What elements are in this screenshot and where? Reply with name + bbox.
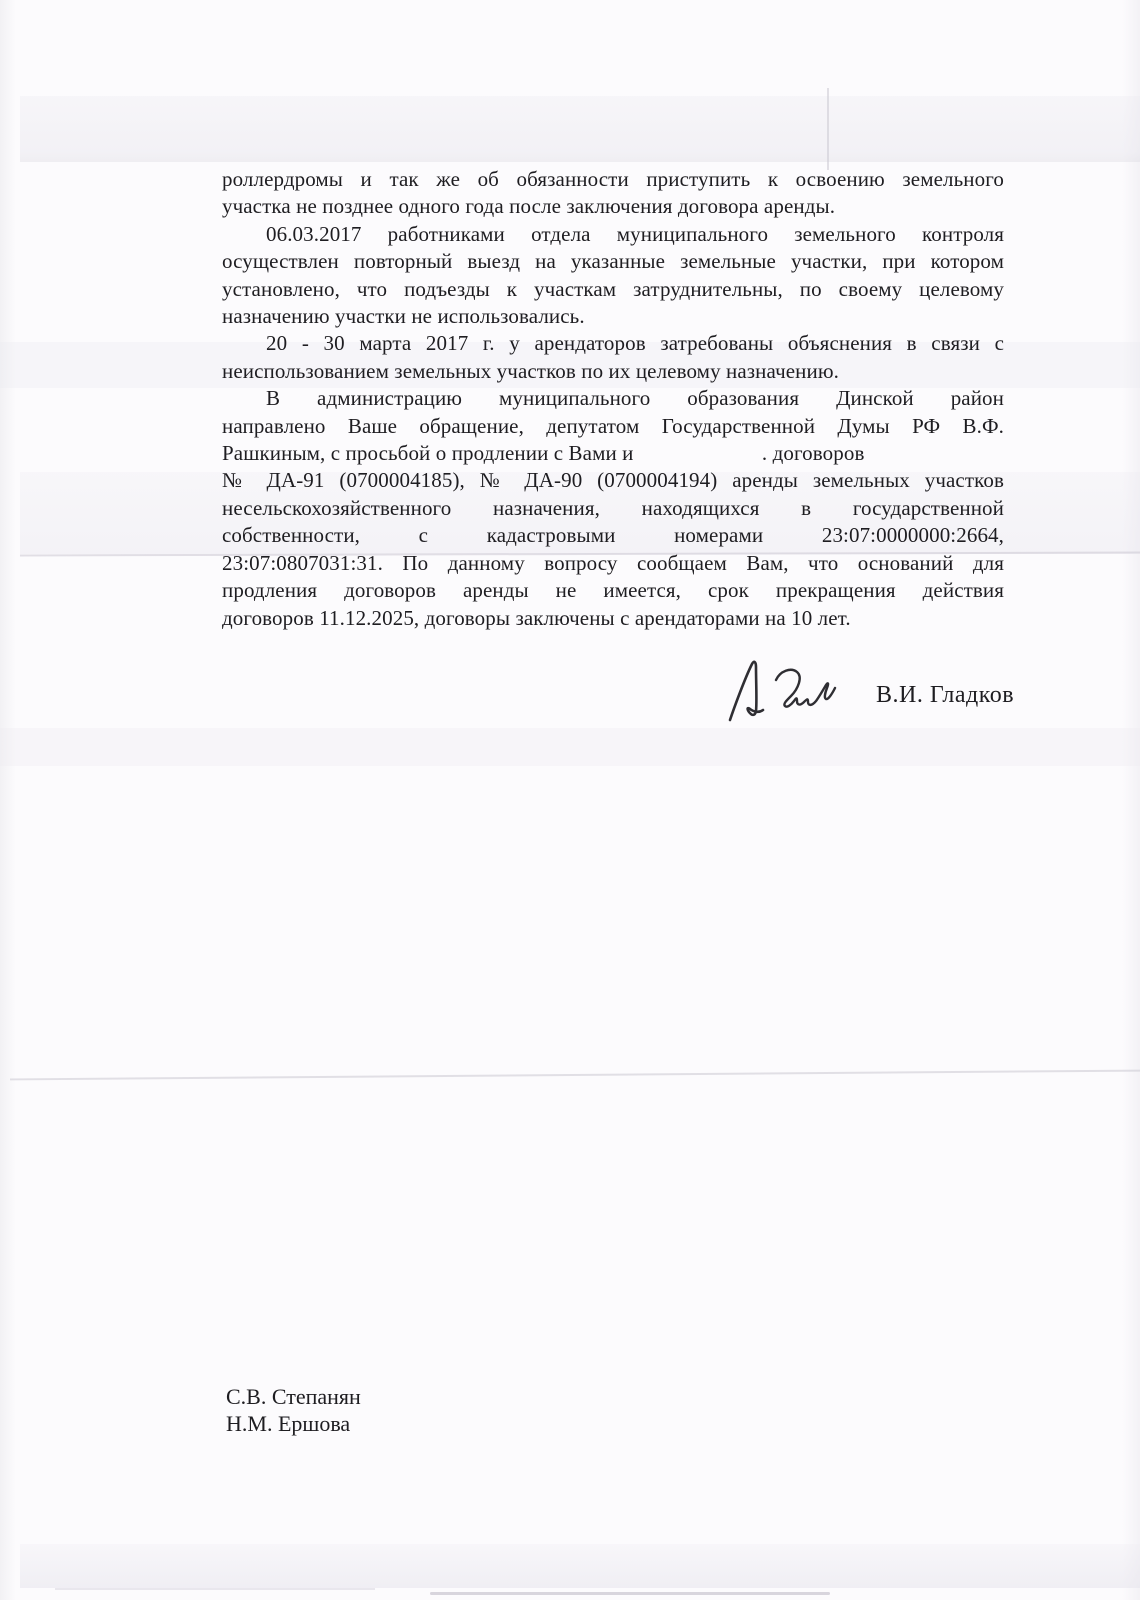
- body-line: несельскохозяйственного назначения, нахо…: [222, 495, 1004, 522]
- body-line: 06.03.2017 работниками отдела муниципаль…: [222, 221, 1004, 248]
- body-line: участка не позднее одного года после зак…: [222, 193, 1004, 220]
- signatory-name: В.И. Гладков: [876, 682, 1014, 709]
- letter-body: роллердромы и так же об обязанности прис…: [222, 166, 1004, 632]
- body-line: продления договоров аренды не имеется, с…: [222, 577, 1004, 604]
- body-line: осуществлен повторный выезд на указанные…: [222, 248, 1004, 275]
- scan-artifact-bottom-line: [55, 1588, 375, 1590]
- scan-artifact-band: [0, 728, 1140, 766]
- body-line: направлено Ваше обращение, депутатом Гос…: [222, 413, 1004, 440]
- body-line: неиспользованием земельных участков по и…: [222, 358, 1004, 385]
- scan-artifact-right-edge: [1122, 0, 1140, 1600]
- body-line: роллердромы и так же об обязанности прис…: [222, 166, 1004, 193]
- body-line: № ДА-91 (0700004185), № ДА-90 (070000419…: [222, 467, 1004, 494]
- body-line: собственности, с кадастровыми номерами 2…: [222, 522, 1004, 549]
- scanned-letter-page: роллердромы и так же об обязанности прис…: [0, 0, 1140, 1600]
- scan-artifact-fold-line: [10, 1070, 1140, 1081]
- scan-artifact-bottom-line: [430, 1592, 830, 1595]
- scan-artifact-band: [20, 96, 1140, 162]
- body-line: назначению участки не использовались.: [222, 303, 1004, 330]
- body-line: 20 - 30 марта 2017 г. у арендаторов затр…: [222, 330, 1004, 357]
- signature-icon: [698, 646, 878, 736]
- scan-artifact-crease: [827, 88, 829, 170]
- body-line: 23:07:0807031:31. По данному вопросу соо…: [222, 550, 1004, 577]
- executors-block: С.В. Степанян Н.М. Ершова: [226, 1383, 361, 1437]
- body-line: договоров 11.12.2025, договоры заключены…: [222, 605, 1004, 632]
- executor-name: С.В. Степанян: [226, 1383, 361, 1410]
- scan-artifact-band: [20, 1544, 1140, 1588]
- body-line: В администрацию муниципального образован…: [222, 385, 1004, 412]
- body-line: Рашкиным, с просьбой о продлении с Вами …: [222, 440, 1004, 467]
- executor-name: Н.М. Ершова: [226, 1410, 361, 1437]
- scan-artifact-left-edge: [0, 0, 16, 1600]
- body-line: установлено, что подъезды к участкам зат…: [222, 276, 1004, 303]
